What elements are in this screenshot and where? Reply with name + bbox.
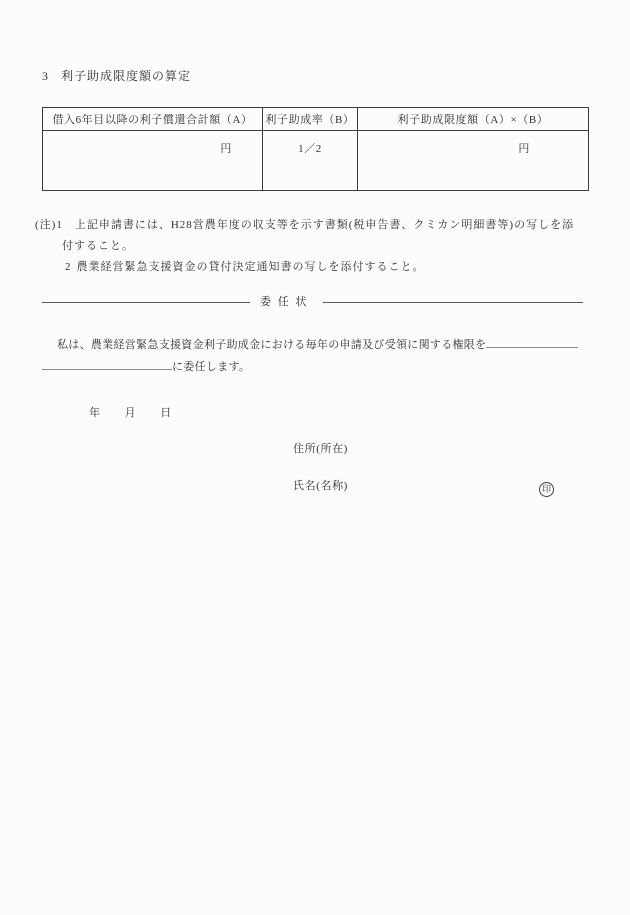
poa-body-text: 私は、農業経営緊急支援資金利子助成金における毎年の申請及び受領に関する権限を xyxy=(57,339,486,351)
section-title: 利子助成限度額の算定 xyxy=(61,69,191,83)
delegate-name-blank-2 xyxy=(42,358,172,370)
header-repayment-total-a: 借入6年目以降の利子償還合計額（A） xyxy=(43,108,263,131)
notes-block: (注)1上記申請書には、H28営農年度の収支等を示す書類(税申告書、クミカン明細… xyxy=(35,215,574,278)
header-subsidy-limit-axb: 利子助成限度額（A）×（B） xyxy=(358,108,589,131)
cell-rate-b-value: 1／2 xyxy=(263,131,358,191)
poa-body-suffix: に委任します。 xyxy=(172,361,250,373)
section-number: 3 xyxy=(42,69,49,83)
note2-text: 農業経営緊急支援資金の貸付決定通知書の写しを添付すること。 xyxy=(77,261,425,273)
month-label: 月 xyxy=(125,407,137,419)
cell-amount-a-yen: 円 xyxy=(43,131,263,191)
poa-title: 委 任 状 xyxy=(260,296,309,309)
table-header-row: 借入6年目以降の利子償還合計額（A） 利子助成率（B） 利子助成限度額（A）×（… xyxy=(43,108,589,131)
name-label: 氏名(名称) xyxy=(293,480,348,493)
day-label: 日 xyxy=(160,407,172,419)
poa-body-line1: 私は、農業経営緊急支援資金利子助成金における毎年の申請及び受領に関する権限を xyxy=(57,336,578,352)
poa-body-line2: に委任します。 xyxy=(42,358,250,374)
note2-number: 2 xyxy=(65,261,72,273)
seal-icon: 印 xyxy=(539,482,554,497)
poa-divider-right-rule xyxy=(323,302,583,303)
section-heading: 3利子助成限度額の算定 xyxy=(42,69,191,83)
subsidy-calculation-table: 借入6年目以降の利子償還合計額（A） 利子助成率（B） 利子助成限度額（A）×（… xyxy=(42,107,589,191)
note1-line2: 付すること。 xyxy=(62,236,574,257)
note-label: (注)1 xyxy=(35,219,63,231)
header-subsidy-rate-b: 利子助成率（B） xyxy=(263,108,358,131)
note1-line1: (注)1上記申請書には、H28営農年度の収支等を示す書類(税申告書、クミカン明細… xyxy=(35,215,574,236)
table-value-row: 円 1／2 円 xyxy=(43,131,589,191)
poa-divider-left-rule xyxy=(42,302,250,303)
year-label: 年 xyxy=(89,407,101,419)
cell-limit-yen: 円 xyxy=(358,131,589,191)
delegate-name-blank-1 xyxy=(486,336,578,348)
note2-line: 2農業経営緊急支援資金の貸付決定通知書の写しを添付すること。 xyxy=(35,257,574,278)
document-page: 3利子助成限度額の算定 借入6年目以降の利子償還合計額（A） 利子助成率（B） … xyxy=(0,0,630,915)
date-line: 年月日 xyxy=(89,407,172,420)
note1-text: 上記申請書には、H28営農年度の収支等を示す書類(税申告書、クミカン明細書等)の… xyxy=(75,219,574,231)
seal-text: 印 xyxy=(542,485,551,494)
address-label: 住所(所在) xyxy=(293,443,348,456)
